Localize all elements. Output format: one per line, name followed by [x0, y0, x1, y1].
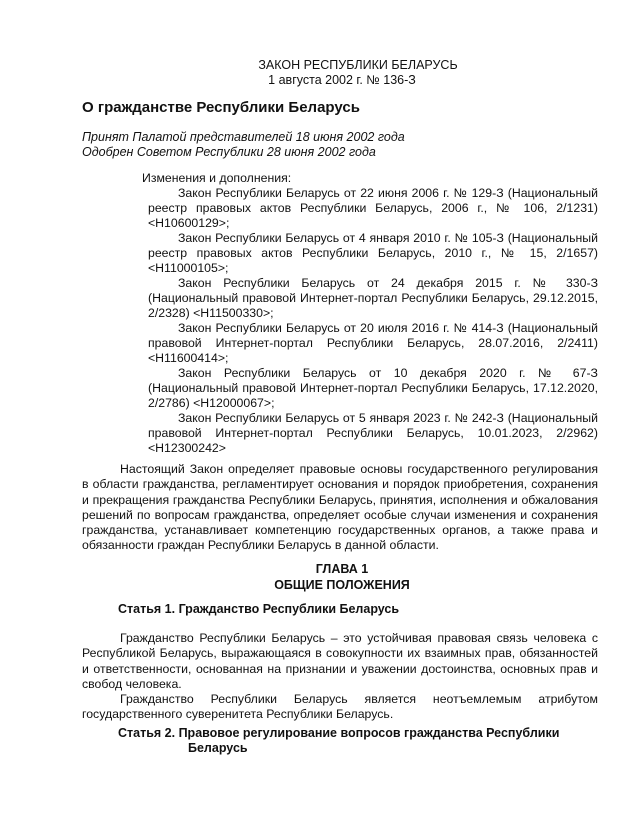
chapter-heading: ГЛАВА 1 ОБЩИЕ ПОЛОЖЕНИЯ	[22, 562, 640, 593]
adoption-house: Принят Палатой представителей 18 июня 20…	[82, 130, 405, 144]
preamble: Настоящий Закон определяет правовые осно…	[82, 462, 598, 554]
article-paragraph: Гражданство Республики Беларусь является…	[82, 692, 598, 723]
adoption-council: Одобрен Советом Республики 28 июня 2002 …	[82, 145, 376, 159]
article-paragraph: Гражданство Республики Беларусь – это ус…	[82, 631, 598, 692]
amendment-item: Закон Республики Беларусь от 24 декабря …	[148, 276, 598, 321]
amendment-item: Закон Республики Беларусь от 22 июня 200…	[148, 186, 598, 231]
amendments-label: Изменения и дополнения:	[142, 171, 598, 186]
amendment-item: Закон Республики Беларусь от 4 января 20…	[148, 231, 598, 276]
article-1-heading: Статья 1. Гражданство Республики Беларус…	[118, 602, 399, 617]
article-2-heading-text: Статья 2. Правовое регулирование вопросо…	[118, 726, 559, 740]
amendments-block: Изменения и дополнения: Закон Республики…	[148, 171, 598, 456]
law-title: О гражданстве Республики Беларусь	[82, 99, 360, 116]
article-1-body: Гражданство Республики Беларусь – это ус…	[82, 631, 598, 723]
amendment-item: Закон Республики Беларусь от 5 января 20…	[148, 411, 598, 456]
article-2-heading-cont: Беларусь	[118, 741, 559, 756]
law-date-number: 1 августа 2002 г. № 136-З	[22, 73, 640, 87]
law-header: ЗАКОН РЕСПУБЛИКИ БЕЛАРУСЬ	[38, 58, 640, 72]
article-2-heading: Статья 2. Правовое регулирование вопросо…	[118, 726, 559, 756]
amendment-item: Закон Республики Беларусь от 10 декабря …	[148, 366, 598, 411]
amendment-item: Закон Республики Беларусь от 20 июля 201…	[148, 321, 598, 366]
preamble-text: Настоящий Закон определяет правовые осно…	[82, 462, 598, 554]
document-page: ЗАКОН РЕСПУБЛИКИ БЕЛАРУСЬ 1 августа 2002…	[0, 0, 640, 828]
chapter-number: ГЛАВА 1	[22, 562, 640, 578]
chapter-title: ОБЩИЕ ПОЛОЖЕНИЯ	[22, 578, 640, 594]
